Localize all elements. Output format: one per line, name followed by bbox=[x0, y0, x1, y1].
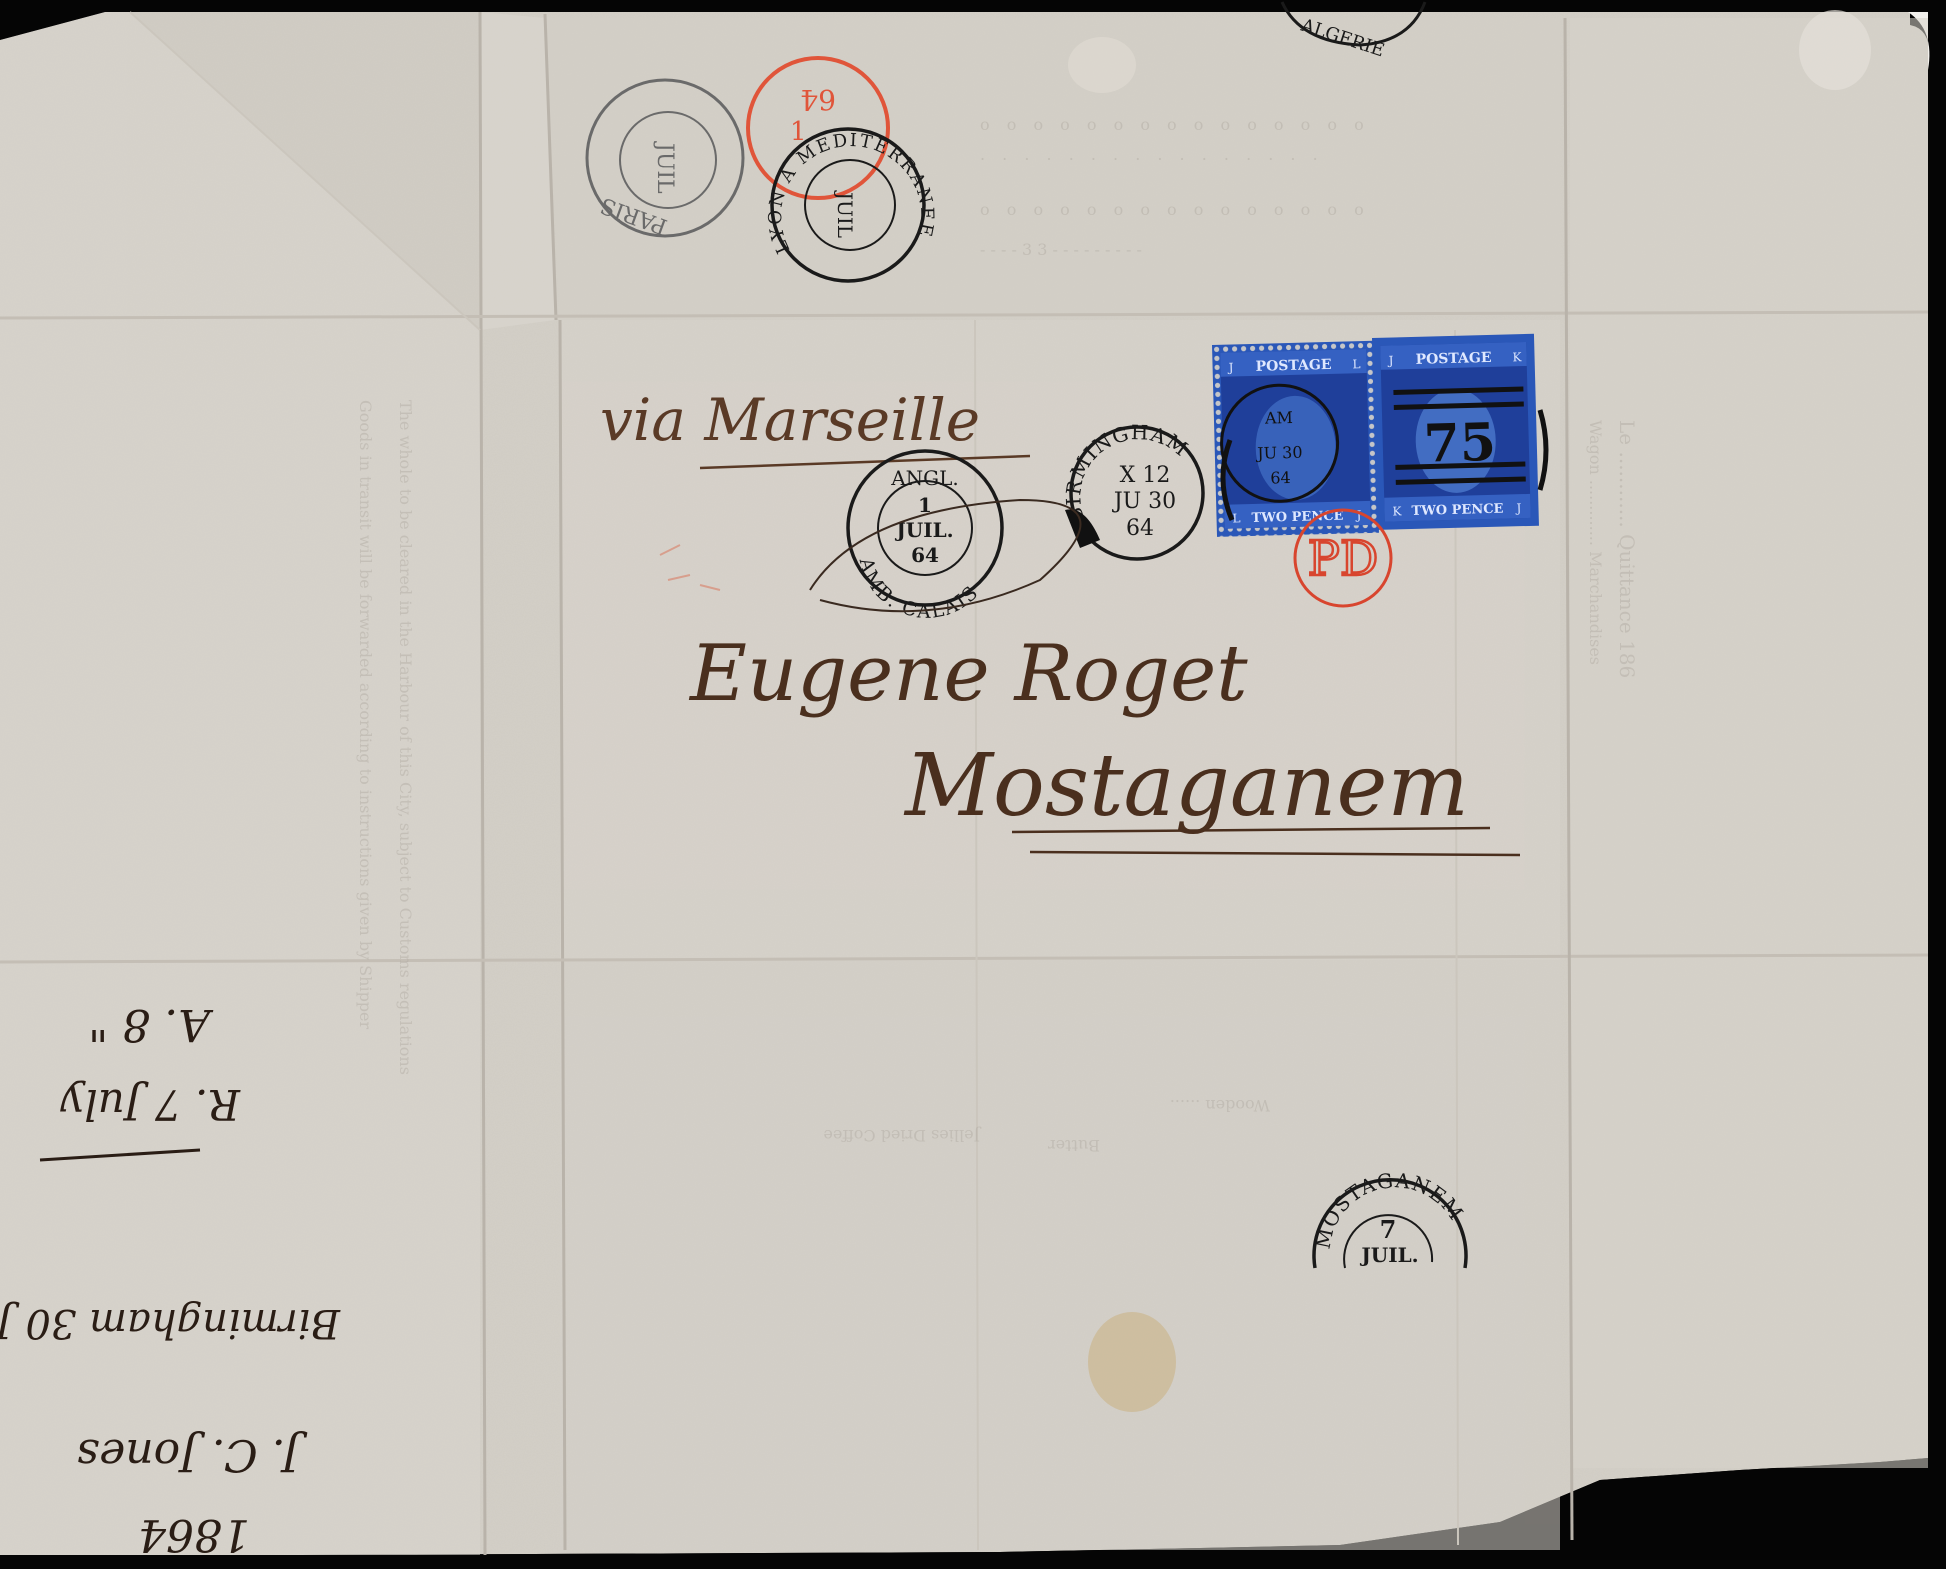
svg-text:K: K bbox=[1392, 504, 1402, 518]
svg-text:JUIL: JUIL bbox=[833, 190, 857, 238]
svg-text:Goods in transit will be forwa: Goods in transit will be forwarded accor… bbox=[356, 400, 375, 1030]
svg-text:JUIL: JUIL bbox=[652, 141, 677, 194]
svg-text:Jellies Dried Coffee: Jellies Dried Coffee bbox=[823, 1126, 982, 1145]
svg-text:Butter: Butter bbox=[1048, 1136, 1100, 1155]
svg-text:POSTAGE: POSTAGE bbox=[1415, 350, 1491, 368]
svg-text:o o o o o o o o o o o o o o o: o o o o o o o o o o o o o o o bbox=[980, 115, 1370, 134]
svg-text:TWO PENCE: TWO PENCE bbox=[1411, 502, 1503, 519]
svg-text:64: 64 bbox=[1126, 516, 1154, 541]
cover-illustration: o o o o o o o o o o o o o o o . . . . . … bbox=[0, 0, 1946, 1569]
svg-text:7: 7 bbox=[1380, 1215, 1397, 1244]
svg-text:ANGL.: ANGL. bbox=[890, 466, 959, 490]
svg-text:Wooden ......: Wooden ...... bbox=[1170, 1096, 1270, 1115]
svg-text:JU 30: JU 30 bbox=[1255, 443, 1303, 463]
svg-text:Birmingham 30 Jun: Birmingham 30 Jun bbox=[0, 1300, 341, 1346]
svg-text:AM: AM bbox=[1264, 408, 1293, 428]
svg-text:A. 8 ": A. 8 " bbox=[88, 999, 214, 1050]
svg-text:Eugene Roget: Eugene Roget bbox=[688, 629, 1248, 719]
svg-text:Le ............ Quittance 186: Le ............ Quittance 186 bbox=[1615, 420, 1639, 678]
seal-impression bbox=[1068, 37, 1136, 93]
svg-text:R. 7 July: R. 7 July bbox=[59, 1080, 241, 1129]
svg-text:K: K bbox=[1512, 350, 1522, 364]
stamp-two-pence-2: J POSTAGE K K TWO PENCE J 75 bbox=[1372, 334, 1539, 530]
stamp-two-pence-1: J POSTAGE L L TWO PENCE J AM JU 30 64 bbox=[1212, 341, 1379, 537]
wax-seal-remnant bbox=[1088, 1312, 1176, 1412]
right-shadow bbox=[1928, 12, 1946, 1569]
svg-text:o o o o o o o o o o o o o o o: o o o o o o o o o o o o o o o bbox=[980, 200, 1370, 219]
svg-text:The whole to be cleared in the: The whole to be cleared in the Harbour o… bbox=[396, 400, 415, 1075]
svg-text:Mostaganem: Mostaganem bbox=[903, 736, 1469, 836]
svg-text:JUIL.: JUIL. bbox=[1359, 1243, 1418, 1267]
svg-text:Wagon ............. Marchandis: Wagon ............. Marchandises bbox=[1586, 420, 1605, 665]
svg-text:JU 30: JU 30 bbox=[1112, 489, 1176, 514]
svg-text:64: 64 bbox=[1270, 468, 1291, 488]
postal-cover-photo: o o o o o o o o o o o o o o o . . . . . … bbox=[0, 0, 1946, 1569]
svg-text:PD: PD bbox=[1308, 531, 1379, 587]
svg-text:via Marseille: via Marseille bbox=[600, 386, 980, 454]
svg-text:64: 64 bbox=[911, 543, 939, 567]
svg-text:- - - - 3 3 - - - - - - - - -: - - - - 3 3 - - - - - - - - - bbox=[980, 240, 1142, 259]
svg-text:1864: 1864 bbox=[138, 1509, 250, 1560]
svg-text:L: L bbox=[1352, 357, 1360, 371]
svg-text:X 12: X 12 bbox=[1120, 463, 1171, 488]
svg-text:POSTAGE: POSTAGE bbox=[1255, 357, 1331, 375]
stamp-pair: J POSTAGE L L TWO PENCE J AM JU 30 64 J … bbox=[1212, 334, 1546, 537]
svg-text:J. C. Jones: J. C. Jones bbox=[77, 1429, 308, 1480]
svg-text:75: 75 bbox=[1423, 412, 1497, 475]
svg-text:. . . . . . . . . . . . . . .: . . . . . . . . . . . . . . . . bbox=[980, 145, 1324, 164]
svg-text:64: 64 bbox=[800, 83, 836, 116]
